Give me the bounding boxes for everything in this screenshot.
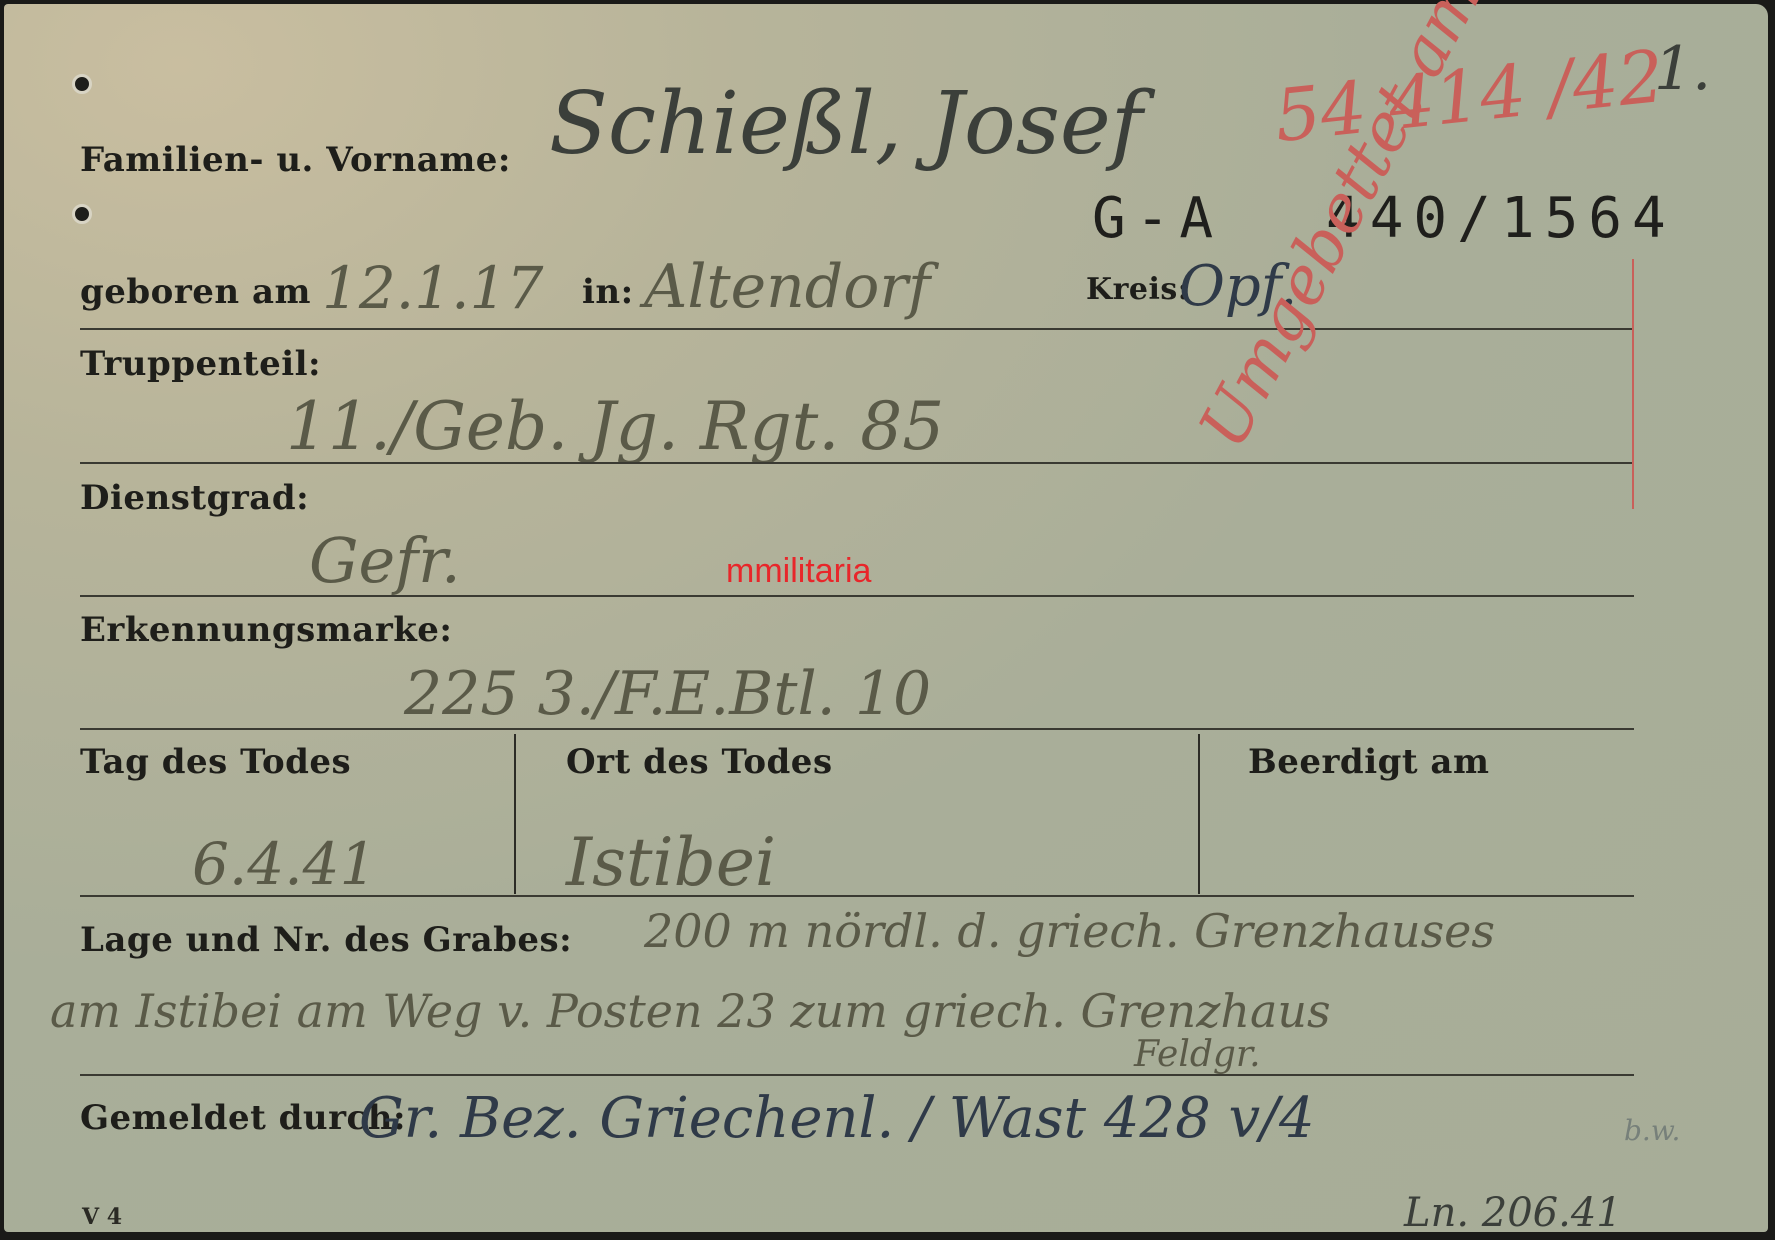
rule-4 (80, 728, 1634, 730)
grave-line-2: am Istibei am Weg v. Posten 23 zum griec… (50, 984, 1331, 1038)
death-col-divider-2 (1198, 734, 1200, 894)
id-tag-label: Erkennungsmarke: (80, 610, 452, 650)
register-mark: Ln. 206.41 (1404, 1190, 1622, 1236)
death-date-value: 6.4.41 (192, 830, 376, 898)
index-card: 1. 54 414 /42 Familien- u. Vorname: Schi… (4, 4, 1768, 1232)
name-value: Schießl, Josef (549, 74, 1143, 174)
red-number-annotation: 54 414 /42 (1271, 34, 1668, 158)
buried-on-label: Beerdigt am (1248, 742, 1489, 782)
pencil-mark: b.w. (1624, 1114, 1680, 1147)
grave-label: Lage und Nr. des Grabes: (80, 920, 572, 960)
red-vertical-line (1632, 259, 1634, 509)
death-place-value: Istibei (566, 824, 776, 901)
typed-ref-prefix: G-A (1092, 186, 1223, 251)
reported-by-value: Gr. Bez. Griechenl. / Wast 428 v/4 (359, 1086, 1315, 1151)
district-label: Kreis: (1086, 272, 1189, 307)
death-date-label: Tag des Todes (80, 742, 351, 782)
form-code: V 4 (82, 1204, 122, 1230)
punch-hole-top (72, 74, 92, 94)
rule-2 (80, 462, 1634, 464)
punch-hole-bottom (72, 204, 92, 224)
unit-label: Truppenteil: (80, 344, 321, 384)
reported-by-label: Gemeldet durch: (80, 1098, 406, 1138)
rule-1 (80, 328, 1634, 330)
name-label: Familien- u. Vorname: (80, 140, 511, 180)
born-on-label: geboren am (80, 272, 311, 312)
death-place-label: Ort des Todes (566, 742, 833, 782)
rule-6 (80, 1074, 1634, 1076)
born-on-value: 12.1.17 (322, 254, 543, 322)
born-in-label: in: (582, 272, 634, 312)
grave-line-3: Feldgr. (1134, 1034, 1261, 1075)
id-tag-value: 225 3./F.E.Btl. 10 (404, 659, 931, 729)
unit-value: 11./Geb. Jg. Rgt. 85 (286, 388, 944, 465)
watermark: mmilitaria (726, 552, 871, 591)
rank-value: Gefr. (309, 524, 461, 597)
rule-3 (80, 595, 1634, 597)
born-in-value: Altendorf (644, 252, 930, 322)
death-col-divider-1 (514, 734, 516, 894)
grave-line-1: 200 m nördl. d. griech. Grenzhauses (644, 904, 1495, 958)
rank-label: Dienstgrad: (80, 478, 309, 518)
rule-5 (80, 895, 1634, 897)
